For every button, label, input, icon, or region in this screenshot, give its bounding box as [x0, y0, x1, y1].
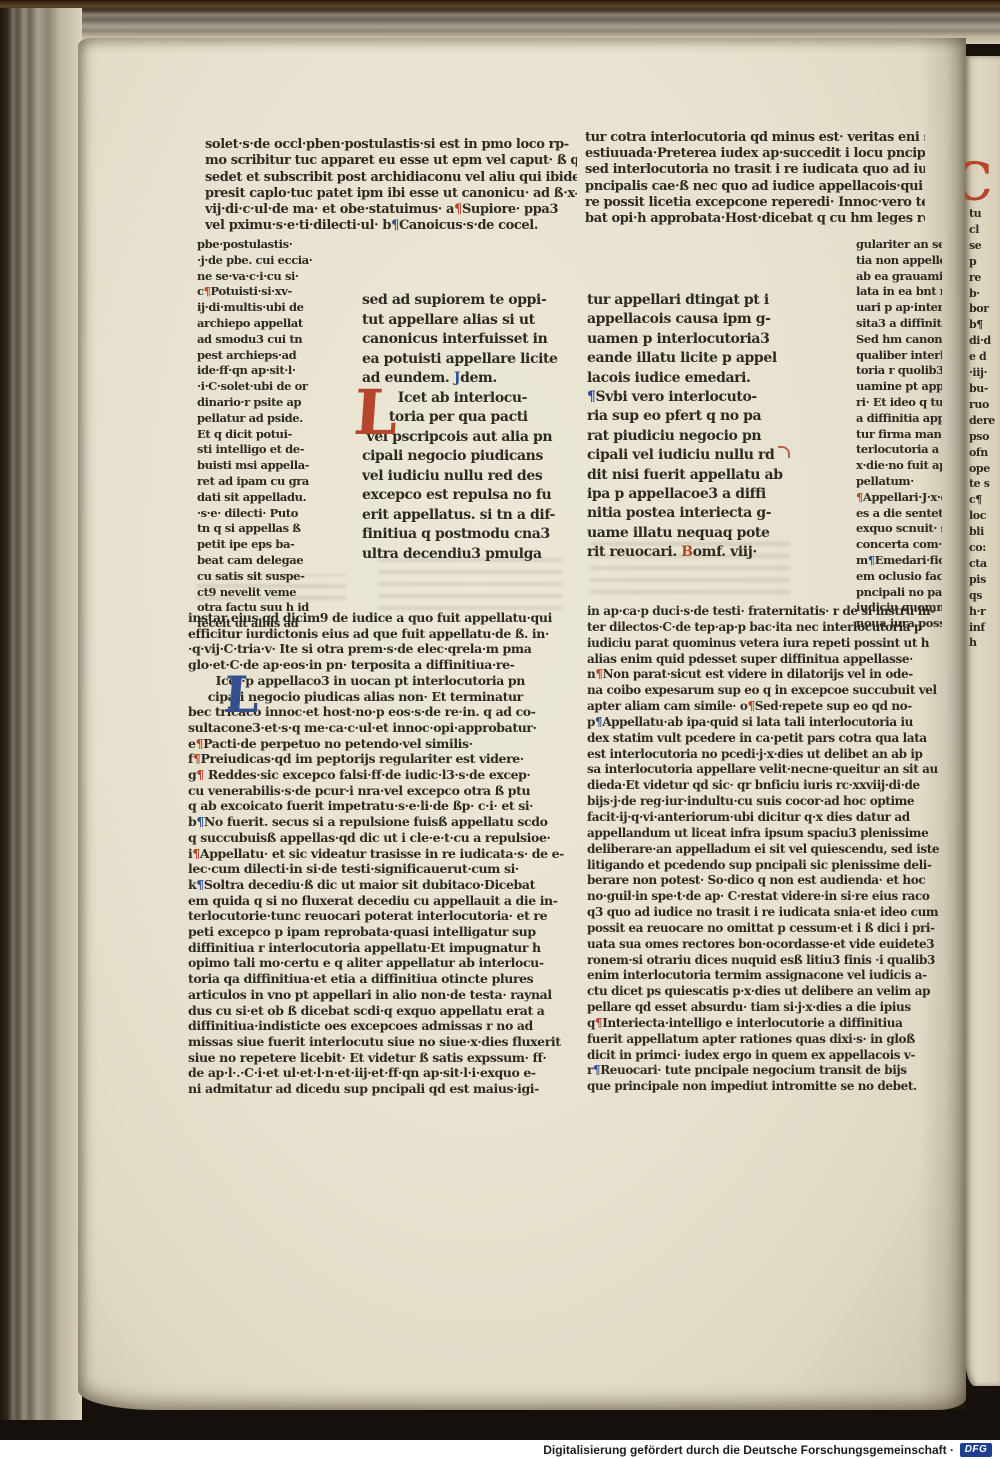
text-line: qs [969, 588, 1000, 604]
text-line: lata in ea bnt rele- [856, 284, 942, 300]
text-line: qualiber interlocu [856, 348, 942, 364]
text-line: sed interlocutoria no trasit i re iudica… [585, 162, 925, 178]
text-line: cta [969, 556, 1000, 572]
text-line: siue no repetere licebit· Et videtur ß s… [188, 1050, 614, 1066]
text-line: excepco est repulsa no fu [362, 486, 572, 506]
text-line: archiepo appellat [197, 316, 369, 332]
text-line: missas siue fuerit interlocutu siue no s… [188, 1034, 614, 1050]
text-line: bat opi·h approbata·Host·dicebat q cu hm… [585, 211, 925, 227]
text-line: sa interlocutoria appellare velit·necne·… [587, 762, 939, 778]
text-line: petit ipe eps ba- [197, 537, 369, 553]
text-line: bijs·j·de reg·iur·indultu·cu suis cocor·… [587, 794, 939, 810]
text-line: terlocutorie·tunc reuocari poterat inter… [188, 908, 614, 924]
text-line: pso [969, 429, 1000, 445]
text-line: eande illatu licite p appel [587, 349, 865, 368]
text-line: deliberare·an appelladum ei sit vel quie… [587, 842, 939, 858]
text-line: appellandum ut liceat infra ipsum spaciu… [587, 826, 939, 842]
text-line: dicit in primci· iudex ergo in quem ex a… [587, 1048, 939, 1064]
text-line: pncipalis cae·ß nec quo ad iudice appell… [585, 179, 925, 195]
text-line: que principale non impediut intromitte s… [587, 1079, 939, 1095]
text-line: no·guil·in spe·t·de ap· C·restat videre·… [587, 889, 939, 905]
text-line: sedet et subscribit post archidiaconu ve… [205, 170, 577, 186]
text-line: appellacois causa ipm g- [587, 310, 865, 329]
text-line: uame illatu nequaq pote [587, 524, 865, 543]
text-line: p [969, 254, 1000, 270]
text-line: ad smodu3 cui tn [197, 332, 369, 348]
text-line: q succubuisß appellas·qd dic ut i cle·e·… [188, 830, 614, 846]
text-line: g¶ Reddes·sic excepco falsi·ff·de iudic·… [188, 767, 614, 783]
text-line: h [969, 635, 1000, 651]
text-line: dex statim vult pcedere in ca·petit pars… [587, 731, 939, 747]
text-line: articulos in vno pt appellari in alio no… [188, 987, 614, 1003]
text-line: fuerit appellatum apter rationes quas di… [587, 1032, 939, 1048]
text-line: erit appellatus. si tn a dif- [362, 506, 572, 526]
text-line: sed ad supiorem te oppi- [362, 291, 572, 311]
text-line: berare non potest· So·dico q non est aud… [587, 873, 939, 889]
text-line: tur cotra interlocutoria qd minus est· v… [585, 130, 925, 146]
text-line: diffinitiua r interlocutoria appellatu·E… [188, 940, 614, 956]
facing-page-edge: C tuclsepreb·borb¶di·de d·iij·bu-ruodere… [965, 56, 1000, 1386]
text-line: litigando et pcedendo sup pncipali sic p… [587, 858, 939, 874]
text-line: canonicus interfuisset in [362, 330, 572, 350]
text-line: est interlocutoria no pcedi·j·x·dies ut … [587, 747, 939, 763]
book-scan-photo: solet·s·de occl·pben·postulastis·si est … [0, 0, 1000, 1440]
text-line: a diffinitia appelle [856, 411, 942, 427]
text-line: ab ea grauamina il- [856, 269, 942, 285]
text-line: se [969, 238, 1000, 254]
text-line: peti excepco p ipam reprobata·quasi inte… [188, 924, 614, 940]
text-line: ·i·C·solet·ubi de or [197, 379, 369, 395]
text-line: uamen p interlocutoria3 [587, 330, 865, 349]
text-line: cu venerabilis·s·de pcur·i nra·vel excep… [188, 783, 614, 799]
text-line: c¶Potuisti·si·xv- [197, 284, 369, 300]
red-lombard-initial: L [352, 382, 400, 444]
text-line: pest archieps·ad [197, 348, 369, 364]
text-line: em oclusio facta i [856, 569, 942, 585]
text-block-top-right: tur cotra interlocutoria qd minus est· v… [585, 130, 925, 227]
text-line: c¶ [969, 492, 1000, 508]
text-line: apter aliam cam simile· o¶Sed·repete sup… [587, 699, 939, 715]
text-line: buisti msi appella- [197, 458, 369, 474]
text-line: ¶Appellari·J·x·di [856, 490, 942, 506]
text-line: Et q dicit potui- [197, 427, 369, 443]
manuscript-page: solet·s·de occl·pben·postulastis·si est … [78, 38, 966, 1410]
text-line: ctu dicet ps quiescatis p·x·dies ut deli… [587, 984, 939, 1000]
text-line: r¶Reuocari· tute pncipale negocium trans… [587, 1063, 939, 1079]
text-line: nitia postea interiecta g- [587, 504, 865, 523]
text-line: pellatur ad pside. [197, 411, 369, 427]
text-line: ij·di·multis·ubi de [197, 300, 369, 316]
text-line: uamine pt appella [856, 379, 942, 395]
text-line: presit caplo·tuc patet ipm ibi esse ut c… [205, 186, 577, 202]
book-left-page-edges [0, 8, 82, 1420]
text-line: tu [969, 206, 1000, 222]
text-line: bli [969, 524, 1000, 540]
text-line: ipa p appellacoe3 a diffi [587, 485, 865, 504]
text-line: tur appellari dtingat pt i [587, 291, 865, 310]
text-line: ·iij· [969, 365, 1000, 381]
text-line: vel pximu·s·e·ti·dilecti·ul· b¶Canoicus·… [205, 218, 577, 234]
text-line: possit ea reuocare no omittat p cessum·e… [587, 921, 939, 937]
text-line: toria r quolib3 gra [856, 363, 942, 379]
text-line: bor [969, 301, 1000, 317]
text-line: re possit licetia excepcone reperedi· In… [585, 195, 925, 211]
text-line: co: [969, 540, 1000, 556]
text-line: instar eius qd dicim9 de iudice a quo fu… [188, 610, 614, 626]
text-line: inf [969, 620, 1000, 636]
text-line: Sed hm canones a [856, 332, 942, 348]
text-line: cipali vel iudiciu nullu rd [587, 446, 865, 465]
text-line: facit·ij·q·vi·anteriorum·ubi dicitur q·x… [587, 810, 939, 826]
text-line: cu satis sit suspe- [197, 569, 369, 585]
text-line: ct9 nevelit veme [197, 585, 369, 601]
text-line: sti intelligo et de- [197, 442, 369, 458]
text-line: ria sup eo pfert q no pa [587, 407, 865, 426]
text-line: sita3 a diffinitiua· [856, 316, 942, 332]
text-line: mo scribitur tuc apparet eu esse ut epm … [205, 153, 577, 169]
text-line: ter dilectos·C·de tep·ap·p bac·ita nec i… [587, 620, 939, 636]
digitization-caption-text: Digitalisierung gefördert durch die Deut… [543, 1443, 954, 1457]
text-line: pbe·postulastis· [197, 237, 369, 253]
text-line: pis [969, 572, 1000, 588]
text-line: enim interlocutoria termim assignacone v… [587, 968, 939, 984]
text-line: di·d [969, 333, 1000, 349]
text-line: ·q·vij·C·tria·v· Ite si otra prem·s·de e… [188, 641, 614, 657]
text-column-right: tur appellari dtingat pt iappellacois ca… [587, 291, 865, 563]
text-line: ri· Et ideo q tuciq; [856, 395, 942, 411]
text-line: m¶Emedari·ficut [856, 553, 942, 569]
text-line: toria qa diffinitiua·et etia a diffiniti… [188, 971, 614, 987]
text-line: ni admitatur ad dicedu sup pncipali qd e… [188, 1081, 614, 1097]
text-line: bu- [969, 381, 1000, 397]
text-line: iudiciu parat quominus vetera iura repet… [587, 636, 939, 652]
text-line: pncipali no parat [856, 585, 942, 601]
text-line: pellare qd esset absurdu· tiam si·j·x·di… [587, 1000, 939, 1016]
text-line: ·j·de pbe. cui eccia· [197, 253, 369, 269]
text-line: lec·cum dilecti·in si·de testi·significa… [188, 861, 614, 877]
text-line: vel iudiciu nullu red des [362, 467, 572, 487]
text-line: ret ad ipam cu gra [197, 474, 369, 490]
text-line: es a die sentetie vl [856, 506, 942, 522]
text-line: cipali negocio piudicans [362, 447, 572, 467]
text-line: e¶Pacti·de perpetuo no petendo·vel simil… [188, 736, 614, 752]
red-initial-facing-page: C [965, 152, 992, 213]
text-line: ·s·e· dilecti· Puto [197, 506, 369, 522]
text-line: re [969, 270, 1000, 286]
text-line: beat cam delegae [197, 553, 369, 569]
text-line: rit reuocari. Bomf. viij· [587, 543, 865, 562]
text-line: dieda·Et videtur qd sic· qr bnficiu iuri… [587, 778, 939, 794]
text-line: na coibo expesarum sup eo q in excepcoe … [587, 683, 939, 699]
text-line: ide·ff·qn ap·sit·l· [197, 363, 369, 379]
text-line: diffinitiua·indisticte oes excepcoes adm… [188, 1018, 614, 1034]
text-line: ea potuisti appellare licite [362, 350, 572, 370]
text-line: tut appellare alias si ut [362, 311, 572, 331]
text-line: q¶Interiecta·intelligo e interlocutorie … [587, 1016, 939, 1032]
text-line: terlocutoria a q ·j· [856, 442, 942, 458]
text-line: ne se·va·c·i·cu si· [197, 269, 369, 285]
text-line: ronem·si otrariu dices nuquid esß litiu3… [587, 953, 939, 969]
text-line: q3 quo ad iudice no trasit i re iudicata… [587, 905, 939, 921]
text-line: q ab excoicato fuerit impetratu·s·e·li·d… [188, 798, 614, 814]
text-line: concerta com· [856, 537, 942, 553]
text-line: dus cu si·et ob ß dicebat scdi·q exquo a… [188, 1003, 614, 1019]
text-line: alias enim quid pdesset super diffinitua… [587, 652, 939, 668]
text-line: loc [969, 508, 1000, 524]
text-line: finitiua q postmodu cna3 [362, 525, 572, 545]
digitization-caption-bar: Digitalisierung gefördert durch die Deut… [0, 1440, 1000, 1459]
text-line: tn q si appellas ß [197, 521, 369, 537]
text-line: e d [969, 349, 1000, 365]
blue-lombard-initial: L [222, 670, 261, 720]
text-line: ruo [969, 397, 1000, 413]
text-line: de ap·l·.·C·i·et ul·et·l·n·et·iij·et·ff·… [188, 1065, 614, 1081]
text-line: ofn [969, 445, 1000, 461]
text-line: dere [969, 413, 1000, 429]
text-line: ¶Svbi vero interlocuto- [587, 388, 865, 407]
gloss-column-right: gulariter an sente-tia non appelleturab … [856, 237, 942, 637]
text-line: ultra decendiu3 pmulga [362, 545, 572, 565]
text-line: dit nisi fuerit appellatu ab [587, 466, 865, 485]
dfg-logo: DFG [960, 1443, 992, 1457]
text-line: n¶Non parat·sicut est videre in dilatori… [587, 667, 939, 683]
text-line: cl [969, 222, 1000, 238]
text-line: gulariter an sente- [856, 237, 942, 253]
text-line: f¶Preiudicas·qd im peptorijs regulariter… [188, 751, 614, 767]
text-line: h·r [969, 604, 1000, 620]
text-line: b¶ [969, 317, 1000, 333]
text-line: i¶Appellatu· et sic videatur trasisse in… [188, 846, 614, 862]
commentary-block-right: in ap·ca·p duci·s·de testi· fraternitati… [587, 604, 939, 1095]
text-line: solet·s·de occl·pben·postulastis·si est … [205, 137, 577, 153]
gloss-column-left: pbe·postulastis··j·de pbe. cui eccia·ne … [197, 237, 369, 632]
text-line: uari p ap·interpo [856, 300, 942, 316]
text-line: rat piudiciu negocio pn [587, 427, 865, 446]
text-line: opimo tali mo·certu e q aliter appellatu… [188, 955, 614, 971]
text-line: em quida q si no fluxerat decediu cu app… [188, 893, 614, 909]
text-line: tur firma man3 in- [856, 427, 942, 443]
text-line: b· [969, 286, 1000, 302]
text-line: te s [969, 476, 1000, 492]
text-line: exquo scnuit· s· e· [856, 521, 942, 537]
text-line: uata sua omes rectores bon·ocordasse·et … [587, 937, 939, 953]
text-line: estiuuada·Preterea iudex ap·succedit i l… [585, 146, 925, 162]
facing-page-text-fragments: tuclsepreb·borb¶di·de d·iij·bu-ruodereps… [969, 206, 1000, 651]
text-line: vij·di·c·ul·de ma· et obe·statuimus· a¶S… [205, 202, 577, 218]
text-line: x·die·no fuit ap- [856, 458, 942, 474]
text-line: efficitur iurdictonis eius ad que fuit a… [188, 626, 614, 642]
text-line: k¶Soltra decediu·ß dic ut maior sit dubi… [188, 877, 614, 893]
text-line: p¶Appellatu·ab ipa·quid si lata tali int… [587, 715, 939, 731]
text-line: dinario·r psite ap [197, 395, 369, 411]
text-line: dati sit appelladu. [197, 490, 369, 506]
text-line: tia non appelletur [856, 253, 942, 269]
text-block-top-left: solet·s·de occl·pben·postulastis·si est … [205, 137, 577, 235]
text-line: lacois iudice emedari. [587, 369, 865, 388]
text-line: b¶No fuerit. secus si a repulsione fuisß… [188, 814, 614, 830]
text-line: pellatum· [856, 474, 942, 490]
text-line: ope [969, 461, 1000, 477]
text-line: in ap·ca·p duci·s·de testi· fraternitati… [587, 604, 939, 620]
ink-show-through [378, 558, 563, 614]
